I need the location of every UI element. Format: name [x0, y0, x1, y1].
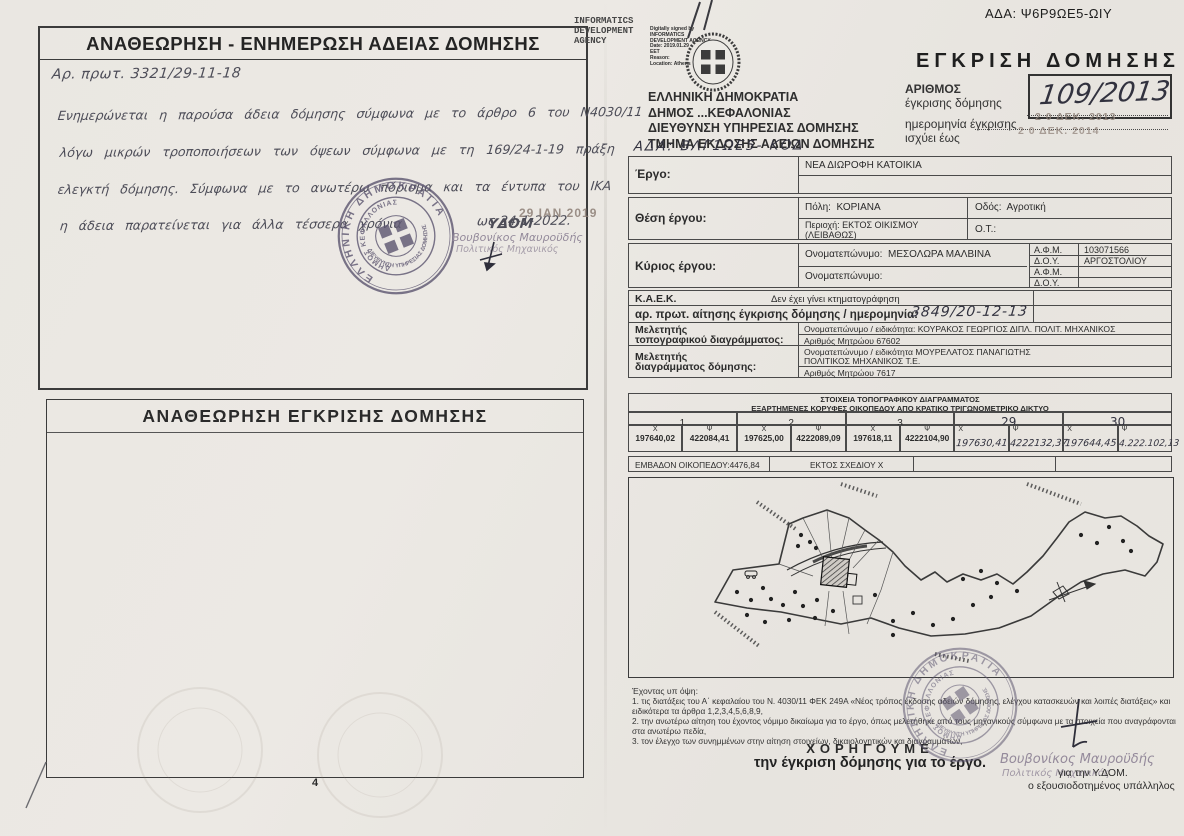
owner-doy-label: Δ.Ο.Υ. — [1034, 256, 1059, 266]
x-value-handwritten: 197630,41 — [955, 438, 1007, 449]
ada-number-top: ΑΔΑ: Ψ6Ρ9ΩΕ5-ΩΙΥ — [985, 6, 1112, 21]
permit-title: ΕΓΚΡΙΣΗ ΔΟΜΗΣΗΣ — [916, 50, 1180, 73]
surveyor-name-line: Ονοματεπώνυμο / ειδικότητα: ΚΟΥΡΑΚΟΣ ΓΕΩ… — [804, 324, 1115, 334]
revision-update-title-strip: ΑΝΑΘΕΩΡΗΣΗ - ΕΝΗΜΕΡΩΣΗ ΑΔΕΙΑΣ ΔΟΜΗΣΗΣ — [40, 28, 586, 60]
pen-mark-bottom-left — [12, 760, 72, 820]
project-value: ΝΕΑ ΔΙΩΡΟΦΗ ΚΑΤΟΙΚΙΑ — [805, 160, 922, 171]
owner-afm-label: Α.Φ.Μ. — [1034, 245, 1062, 255]
approval-date-stamp: 2 0 ΔΕΚ. 2013 — [1035, 111, 1116, 123]
form-row-surveyor: Μελετητής τοπογραφικού διαγράμματος: Ονο… — [628, 322, 1172, 346]
page-number: 4 — [312, 777, 318, 789]
form-row-location: Θέση έργου: Πόλη: ΚΟΡΙΑΝΑ Οδός: Αγροτική… — [628, 197, 1172, 240]
handwritten-ydom: ΥΔΟΜ — [487, 216, 534, 232]
left-signature-mark — [474, 240, 510, 276]
x-value: 197625,00 — [738, 433, 790, 443]
x-value: 197640,02 — [629, 433, 681, 443]
x-value: 197618,11 — [847, 433, 899, 443]
city-value: ΚΟΡΙΑΝΑ — [837, 202, 881, 213]
ada-handwritten: ΑΔΑ: ΒΛΓ1ΩΕ5- ΚΟΔ — [633, 137, 805, 154]
street-label: Οδός: — [975, 202, 1002, 213]
y-value-handwritten: 4.222.102,13 — [1118, 439, 1179, 449]
y-label: Ψ — [901, 426, 953, 433]
owner-name-label: Ονοματεπώνυμο: — [805, 249, 882, 260]
out-of-plan: ΕΚΤΟΣ ΣΧΕΔΙΟΥ Χ — [810, 460, 883, 470]
survey-area-row: ΕΜΒΑΔΟΝ ΟΙΚΟΠΕΔΟΥ:4476,84 ΕΚΤΟΣ ΣΧΕΔΙΟΥ … — [628, 456, 1172, 472]
survey-table-grid: 1 2 3 29 30 X 197640,02 Ψ 422084,41 X 19… — [628, 412, 1172, 452]
kaek-label: Κ.Α.Ε.Κ. — [635, 293, 676, 305]
owner-name-value: ΜΕΣΟΛΩΡΑ ΜΑΛΒΙΝΑ — [888, 249, 991, 260]
approval-number-label1: ΑΡΙΘΜΟΣ — [905, 82, 961, 96]
kaek-value: Δεν έχει γίνει κτηματογράφηση — [771, 294, 900, 305]
form-row-owner: Κύριος έργου: Ονοματεπώνυμο: ΜΕΣΟΛΩΡΑ ΜΑ… — [628, 243, 1172, 288]
owner-doy-value: ΑΡΓΟΣΤΟΛΙΟΥ — [1084, 256, 1147, 266]
site-plan-box — [628, 477, 1174, 678]
digital-signature-agency: INFORMATICS DEVELOPMENT AGENCY — [574, 16, 648, 46]
stamp-inner-bottom-text: ΔΙΕΥΘΥΝΣΗ ΥΠΗΡΕΣΙΑΣ ΔΟΜΗΣΗΣ — [933, 685, 1006, 750]
location-label: Θέση έργου: — [635, 211, 706, 225]
owner-doy2-label: Δ.Ο.Υ. — [1034, 278, 1059, 288]
y-label: Ψ — [1010, 426, 1062, 433]
scanned-permit-document: ΑΝΑΘΕΩΡΗΣΗ - ΕΝΗΜΕΡΩΣΗ ΑΔΕΙΑΣ ΔΟΜΗΣΗΣ Αρ… — [0, 0, 1184, 836]
x-label: X — [738, 426, 790, 433]
location-city: Πόλη: ΚΟΡΙΑΝΑ — [805, 202, 881, 213]
svg-text:ΔΙΕΥΘΥΝΣΗ ΥΠΗΡΕΣΙΑΣ ΔΟΜΗΣΗΣ: ΔΙΕΥΘΥΝΣΗ ΥΠΗΡΕΣΙΑΣ ΔΟΜΗΣΗΣ — [933, 685, 1006, 750]
y-label: Ψ — [683, 426, 735, 433]
stamp-emblem-cross — [941, 686, 979, 724]
project-label: Έργο: — [635, 167, 671, 181]
street-value: Αγροτική — [1007, 202, 1046, 213]
page-fold — [604, 0, 607, 836]
owner-label: Κύριος έργου: — [635, 259, 716, 273]
handwritten-protocol: Αρ. πρωτ. 3321/29-11-18 — [51, 65, 242, 82]
location-street: Οδός: Αγροτική — [975, 202, 1046, 213]
site-plan-drawing — [629, 478, 1173, 677]
x-label: X — [847, 426, 899, 433]
designer-registry-line: Αριθμός Μητρώου 7617 — [804, 368, 896, 378]
stamp-emblem-cross — [378, 218, 414, 254]
form-row-project: Έργο: ΝΕΑ ΔΙΩΡΟΦΗ ΚΑΤΟΙΚΙΑ — [628, 156, 1172, 194]
owner-name: Ονοματεπώνυμο: ΜΕΣΟΛΩΡΑ ΜΑΛΒΙΝΑ — [805, 249, 991, 260]
right-signature-mark — [1055, 695, 1105, 755]
survey-title-line1: ΣΤΟΙΧΕΙΑ ΤΟΠΟΓΡΑΦΙΚΟΥ ΔΙΑΓΡΑΜΜΑΤΟΣ — [629, 395, 1171, 404]
for-ydom-line: για την Υ.ΔΟΜ. — [1058, 767, 1128, 779]
ghost-bleed-stamps — [80, 660, 530, 820]
form-row-application: αρ. πρωτ. αίτησης έγκρισης δόμησης / ημε… — [628, 305, 1172, 323]
form-row-designer: Μελετητής διαγράμματος δόμησης: Ονοματεπ… — [628, 345, 1172, 378]
location-area: Περιοχή: ΕΚΤΟΣ ΟΙΚΙΣΜΟΥ (ΛΕΙΒΑΘΩΣ) — [805, 221, 963, 240]
owner-afm-value: 103071566 — [1084, 245, 1129, 255]
survey-table-title: ΣΤΟΙΧΕΙΑ ΤΟΠΟΓΡΑΦΙΚΟΥ ΔΙΑΓΡΑΜΜΑΤΟΣ ΕΞΑΡΤ… — [628, 393, 1172, 412]
valid-until-label: ισχύει έως — [905, 131, 960, 145]
x-label: X — [629, 426, 681, 433]
revision-approval-title: ΑΝΑΘΕΩΡΗΣΗ ΕΓΚΡΙΣΗΣ ΔΟΜΗΣΗΣ — [142, 406, 487, 427]
revision-update-title: ΑΝΑΘΕΩΡΗΣΗ - ΕΝΗΜΕΡΩΣΗ ΑΔΕΙΑΣ ΔΟΜΗΣΗΣ — [86, 33, 540, 55]
x-value-handwritten: 197644,45 — [1064, 438, 1116, 449]
city-label: Πόλη: — [805, 202, 831, 213]
tree-dots — [735, 525, 1133, 637]
valid-until-stamp: 2 0 ΔΕΚ. 2014 — [1018, 125, 1099, 137]
application-label: αρ. πρωτ. αίτησης έγκρισης δόμησης / ημε… — [635, 309, 918, 321]
designer-label2: διαγράμματος δόμησης: — [635, 361, 756, 373]
y-label: Ψ — [792, 426, 844, 433]
location-ot: Ο.Τ.: — [975, 224, 996, 235]
form-row-kaek: Κ.Α.Ε.Κ. Δεν έχει γίνει κτηματογράφηση — [628, 290, 1172, 306]
owner-name2: Ονοματεπώνυμο: — [805, 271, 882, 282]
approval-number-value: 109/2013 — [1037, 76, 1171, 111]
approval-number-label2: έγκρισης δόμησης — [905, 96, 1002, 110]
y-label: Ψ — [1119, 426, 1171, 433]
hellenic-republic-emblem — [684, 32, 742, 92]
y-value-handwritten: 4222132,37 — [1009, 438, 1068, 449]
plot-area: ΕΜΒΑΔΟΝ ΟΙΚΟΠΕΔΟΥ:4476,84 — [635, 460, 760, 470]
org-line-municipality: ΔΗΜΟΣ ...ΚΕΦΑΛΟΝΙΑΣ — [648, 106, 874, 122]
area-label: Περιοχή: — [805, 220, 840, 230]
authorized-employee-line: ο εξουσιοδοτημένος υπάλληλος — [1028, 780, 1175, 792]
y-value: 4222104,90 — [901, 433, 953, 443]
y-value: 422084,41 — [683, 433, 735, 443]
x-label: X — [1064, 426, 1116, 433]
application-value-handwritten: 3849/20-12-13 — [910, 304, 1029, 321]
designer-name-line2: ΠΟΛΙΤΙΚΟΣ ΜΗΧΑΝΙΚΟΣ Τ.Ε. — [804, 356, 920, 366]
revision-approval-title-strip: ΑΝΑΘΕΩΡΗΣΗ ΕΓΚΡΙΣΗΣ ΔΟΜΗΣΗΣ — [47, 400, 583, 433]
org-line-directorate: ΔΙΕΥΘΥΝΣΗ ΥΠΗΡΕΣΙΑΣ ΔΟΜΗΣΗΣ — [648, 121, 874, 137]
org-line-republic: ΕΛΛΗΝΙΚΗ ΔΗΜΟΚΡΑΤΙΑ — [648, 90, 874, 106]
owner-afm2-label: Α.Φ.Μ. — [1034, 267, 1062, 277]
y-value: 4222089,09 — [792, 433, 844, 443]
x-label: X — [955, 426, 1007, 433]
left-signer-name-stamp: Βουβονίκος Μαυροϋδής — [452, 231, 583, 244]
